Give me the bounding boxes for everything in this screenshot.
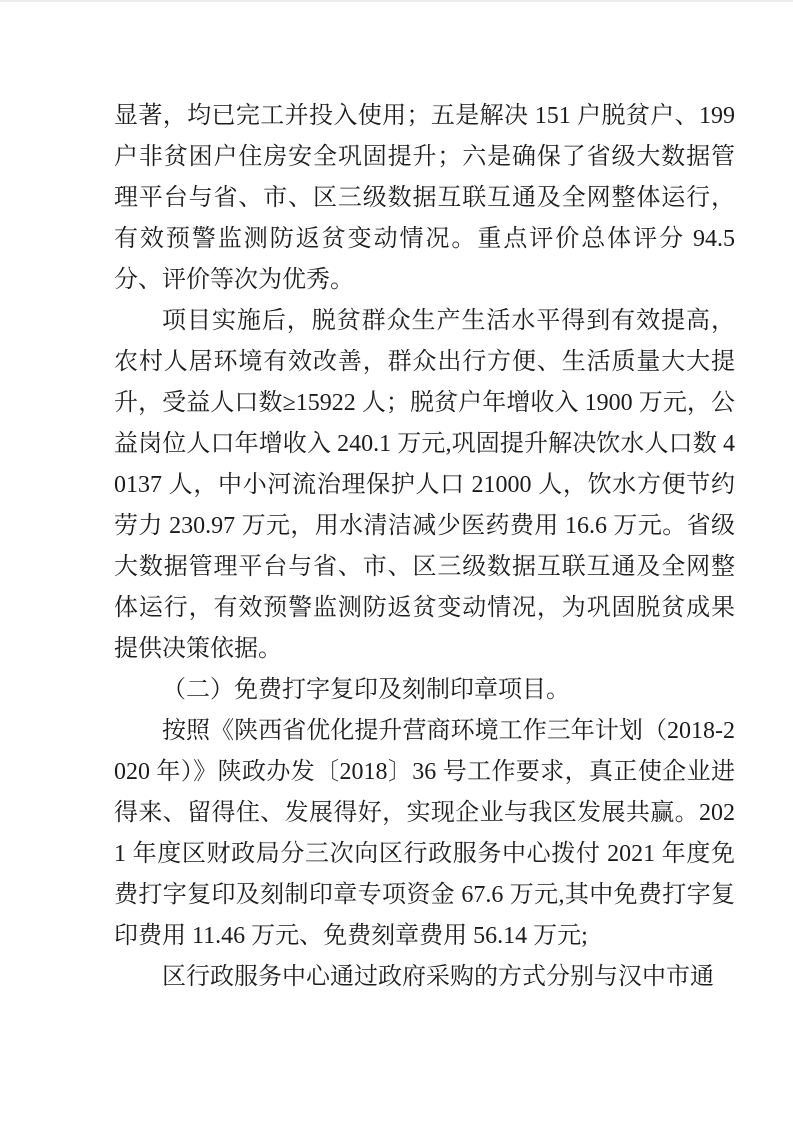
body-paragraph: 项目实施后，脱贫群众生产生活水平得到有效提高，农村人居环境有效改善，群众出行方便… xyxy=(114,301,735,670)
section-heading: （二）免费打字复印及刻制印章项目。 xyxy=(114,670,735,711)
body-paragraph: 区行政服务中心通过政府采购的方式分别与汉中市通 xyxy=(114,957,735,998)
body-paragraph-continuation: 显著，均已完工并投入使用；五是解决 151 户脱贫户、199 户非贫困户住房安全… xyxy=(114,96,735,301)
page-top-edge xyxy=(0,0,793,2)
body-paragraph: 按照《陕西省优化提升营商环境工作三年计划（2018-2020 年）》陕政办发〔2… xyxy=(114,711,735,957)
document-body: 显著，均已完工并投入使用；五是解决 151 户脱贫户、199 户非贫困户住房安全… xyxy=(114,96,735,998)
document-page: 显著，均已完工并投入使用；五是解决 151 户脱贫户、199 户非贫困户住房安全… xyxy=(0,0,793,1122)
